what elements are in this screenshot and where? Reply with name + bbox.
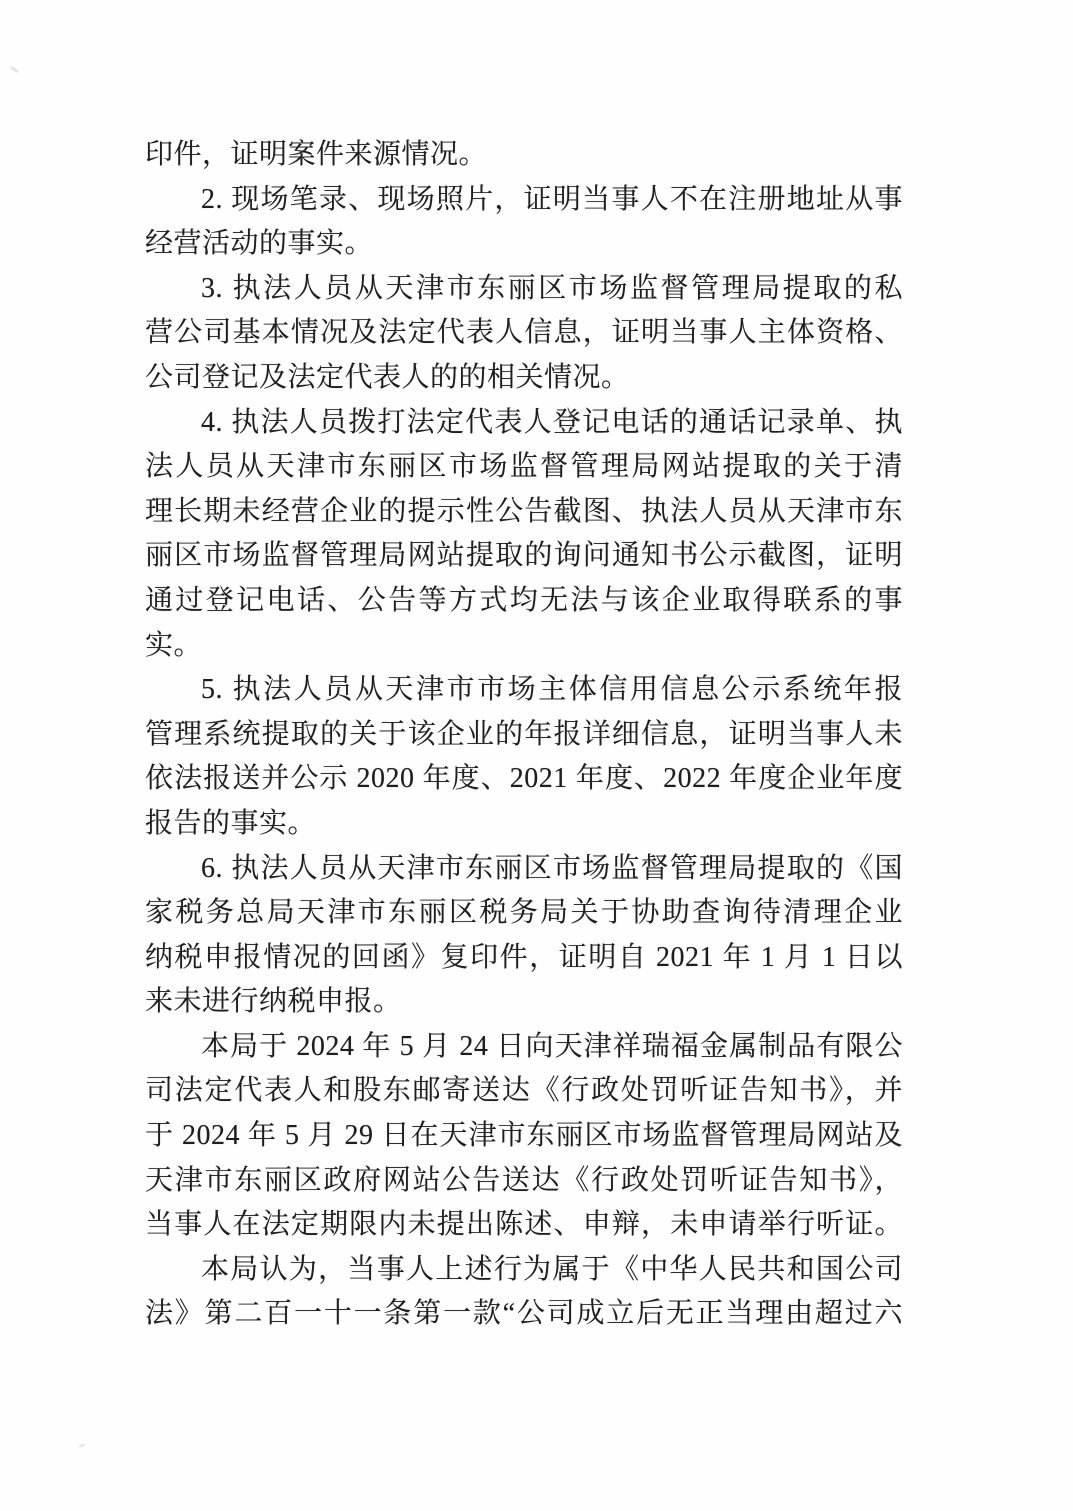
text-line: 2. 现场笔录、现场照片，证明当事人不在注册地址从事 xyxy=(145,178,903,223)
text-line: 来未进行纳税申报。 xyxy=(145,980,903,1025)
scan-artifact xyxy=(79,1443,86,1448)
text-line: 纳税申报情况的回函》复印件，证明自 2021 年 1 月 1 日以 xyxy=(145,936,903,981)
text-line: 法人员从天津市东丽区市场监督管理局网站提取的关于清 xyxy=(145,445,903,490)
scan-artifact xyxy=(10,66,19,74)
text-line: 本局认为，当事人上述行为属于《中华人民共和国公司 xyxy=(145,1248,903,1293)
document-page: 印件，证明案件来源情况。2. 现场笔录、现场照片，证明当事人不在注册地址从事经营… xyxy=(0,0,1073,1511)
text-line: 5. 执法人员从天津市市场主体信用信息公示系统年报 xyxy=(145,668,903,713)
text-line: 于 2024 年 5 月 29 日在天津市东丽区市场监督管理局网站及 xyxy=(145,1114,903,1159)
text-line: 管理系统提取的关于该企业的年报详细信息，证明当事人未 xyxy=(145,713,903,758)
text-line: 3. 执法人员从天津市东丽区市场监督管理局提取的私 xyxy=(145,267,903,312)
text-line: 法》第二百一十一条第一款“公司成立后无正当理由超过六 xyxy=(145,1292,903,1337)
document-body: 印件，证明案件来源情况。2. 现场笔录、现场照片，证明当事人不在注册地址从事经营… xyxy=(145,133,903,1337)
text-line: 通过登记电话、公告等方式均无法与该企业取得联系的事 xyxy=(145,579,903,624)
text-line: 家税务总局天津市东丽区税务局关于协助查询待清理企业 xyxy=(145,891,903,936)
text-line: 营公司基本情况及法定代表人信息，证明当事人主体资格、 xyxy=(145,311,903,356)
text-line: 丽区市场监督管理局网站提取的询问通知书公示截图，证明 xyxy=(145,534,903,579)
text-line: 经营活动的事实。 xyxy=(145,222,903,267)
text-line: 4. 执法人员拨打法定代表人登记电话的通话记录单、执 xyxy=(145,401,903,446)
text-line: 印件，证明案件来源情况。 xyxy=(145,133,903,178)
text-line: 实。 xyxy=(145,624,903,669)
text-line: 6. 执法人员从天津市东丽区市场监督管理局提取的《国 xyxy=(145,847,903,892)
text-line: 公司登记及法定代表人的的相关情况。 xyxy=(145,356,903,401)
text-line: 报告的事实。 xyxy=(145,802,903,847)
text-line: 天津市东丽区政府网站公告送达《行政处罚听证告知书》， xyxy=(145,1159,903,1204)
text-line: 理长期未经营企业的提示性公告截图、执法人员从天津市东 xyxy=(145,490,903,535)
text-line: 依法报送并公示 2020 年度、2021 年度、2022 年度企业年度 xyxy=(145,757,903,802)
text-line: 司法定代表人和股东邮寄送达《行政处罚听证告知书》，并 xyxy=(145,1069,903,1114)
text-line: 本局于 2024 年 5 月 24 日向天津祥瑞福金属制品有限公 xyxy=(145,1025,903,1070)
text-line: 当事人在法定期限内未提出陈述、申辩，未申请举行听证。 xyxy=(145,1203,903,1248)
